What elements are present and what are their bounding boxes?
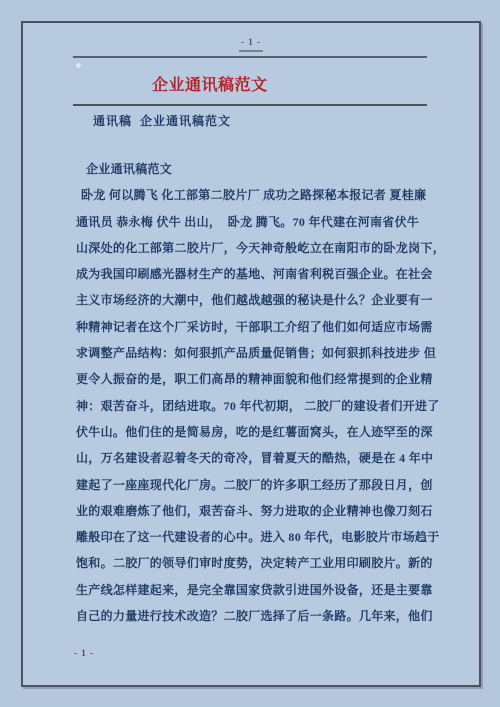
body-text-line: 成为我国印刷感光器材生产的基地、河南省利税百强企业。在社会 xyxy=(76,261,436,287)
anchor-dot-icon xyxy=(76,63,81,68)
body-text-line: 山，万名建设者忍着冬天的奇冷，冒着夏天的酷热，硬是在 4 年中 xyxy=(76,445,436,471)
body-text-line: 企业通讯稿范文 xyxy=(76,156,436,182)
title-rule xyxy=(73,104,427,106)
body-text-line: 业的艰难磨炼了他们，艰苦奋斗、努力进取的企业精神也像刀刻石 xyxy=(76,498,436,524)
document-title: 企业通讯稿范文 xyxy=(152,78,268,94)
header-rule xyxy=(73,56,427,58)
header-page-number: - 1 - xyxy=(239,37,263,52)
body-text: 企业通讯稿范文卧龙 何以腾飞 化工部第二胶片厂 成功之路探秘本报记者 夏桂廉通讯… xyxy=(76,156,436,629)
body-text-line: 求调整产品结构：如何狠抓产品质量促销售；如何狠抓科技进步 但 xyxy=(76,340,436,366)
body-text-line: 生产线怎样建起来，是完全靠国家贷款引进国外设备，还是主要靠 xyxy=(76,577,436,603)
body-text-line: 建起了一座座现代化厂房。二胶厂的许多职工经历了那段日月，创 xyxy=(76,472,436,498)
document-page: - 1 - 企业通讯稿范文 通讯稿 企业通讯稿范文 企业通讯稿范文卧龙 何以腾飞… xyxy=(21,21,481,687)
body-text-line: 更令人振奋的是，职工们高昂的精神面貌和他们经常提到的企业精 xyxy=(76,366,436,392)
footer-page-number: - 1 - xyxy=(74,648,94,658)
body-text-line: 种精神记者在这个厂采访时，干部职工介绍了他们如何适应市场需 xyxy=(76,314,436,340)
body-text-line: 伏牛山。他们住的是简易房，吃的是红薯面窝头，在人迹罕至的深 xyxy=(76,419,436,445)
page-header: - 1 - xyxy=(23,32,479,52)
body-text-line: 饱和。二胶厂的领导们审时度势，决定转产工业用印刷胶片。新的 xyxy=(76,550,436,576)
body-text-line: 自己的力量进行技术改造？二胶厂选择了后一条路。几年来，他们 xyxy=(76,603,436,629)
body-text-line: 神：艰苦奋斗，团结进取。70 年代初期， 二胶厂的建设者们开进了 xyxy=(76,393,436,419)
body-text-line: 通讯员 恭永梅 伏牛 出山， 卧龙 腾飞。70 年代建在河南省伏牛 xyxy=(76,209,436,235)
body-text-line: 卧龙 何以腾飞 化工部第二胶片厂 成功之路探秘本报记者 夏桂廉 xyxy=(76,182,436,208)
document-subtitle: 通讯稿 企业通讯稿范文 xyxy=(93,112,231,129)
body-text-line: 雕般印在了这一代建设者的心中。进入 80 年代，电影胶片市场趋于 xyxy=(76,524,436,550)
body-text-line: 山深处的化工部第二胶片厂，今天神奇般屹立在南阳市的卧龙岗下， xyxy=(76,235,436,261)
body-text-line: 主义市场经济的大潮中，他们越战越强的秘诀是什么？企业要有一 xyxy=(76,287,436,313)
